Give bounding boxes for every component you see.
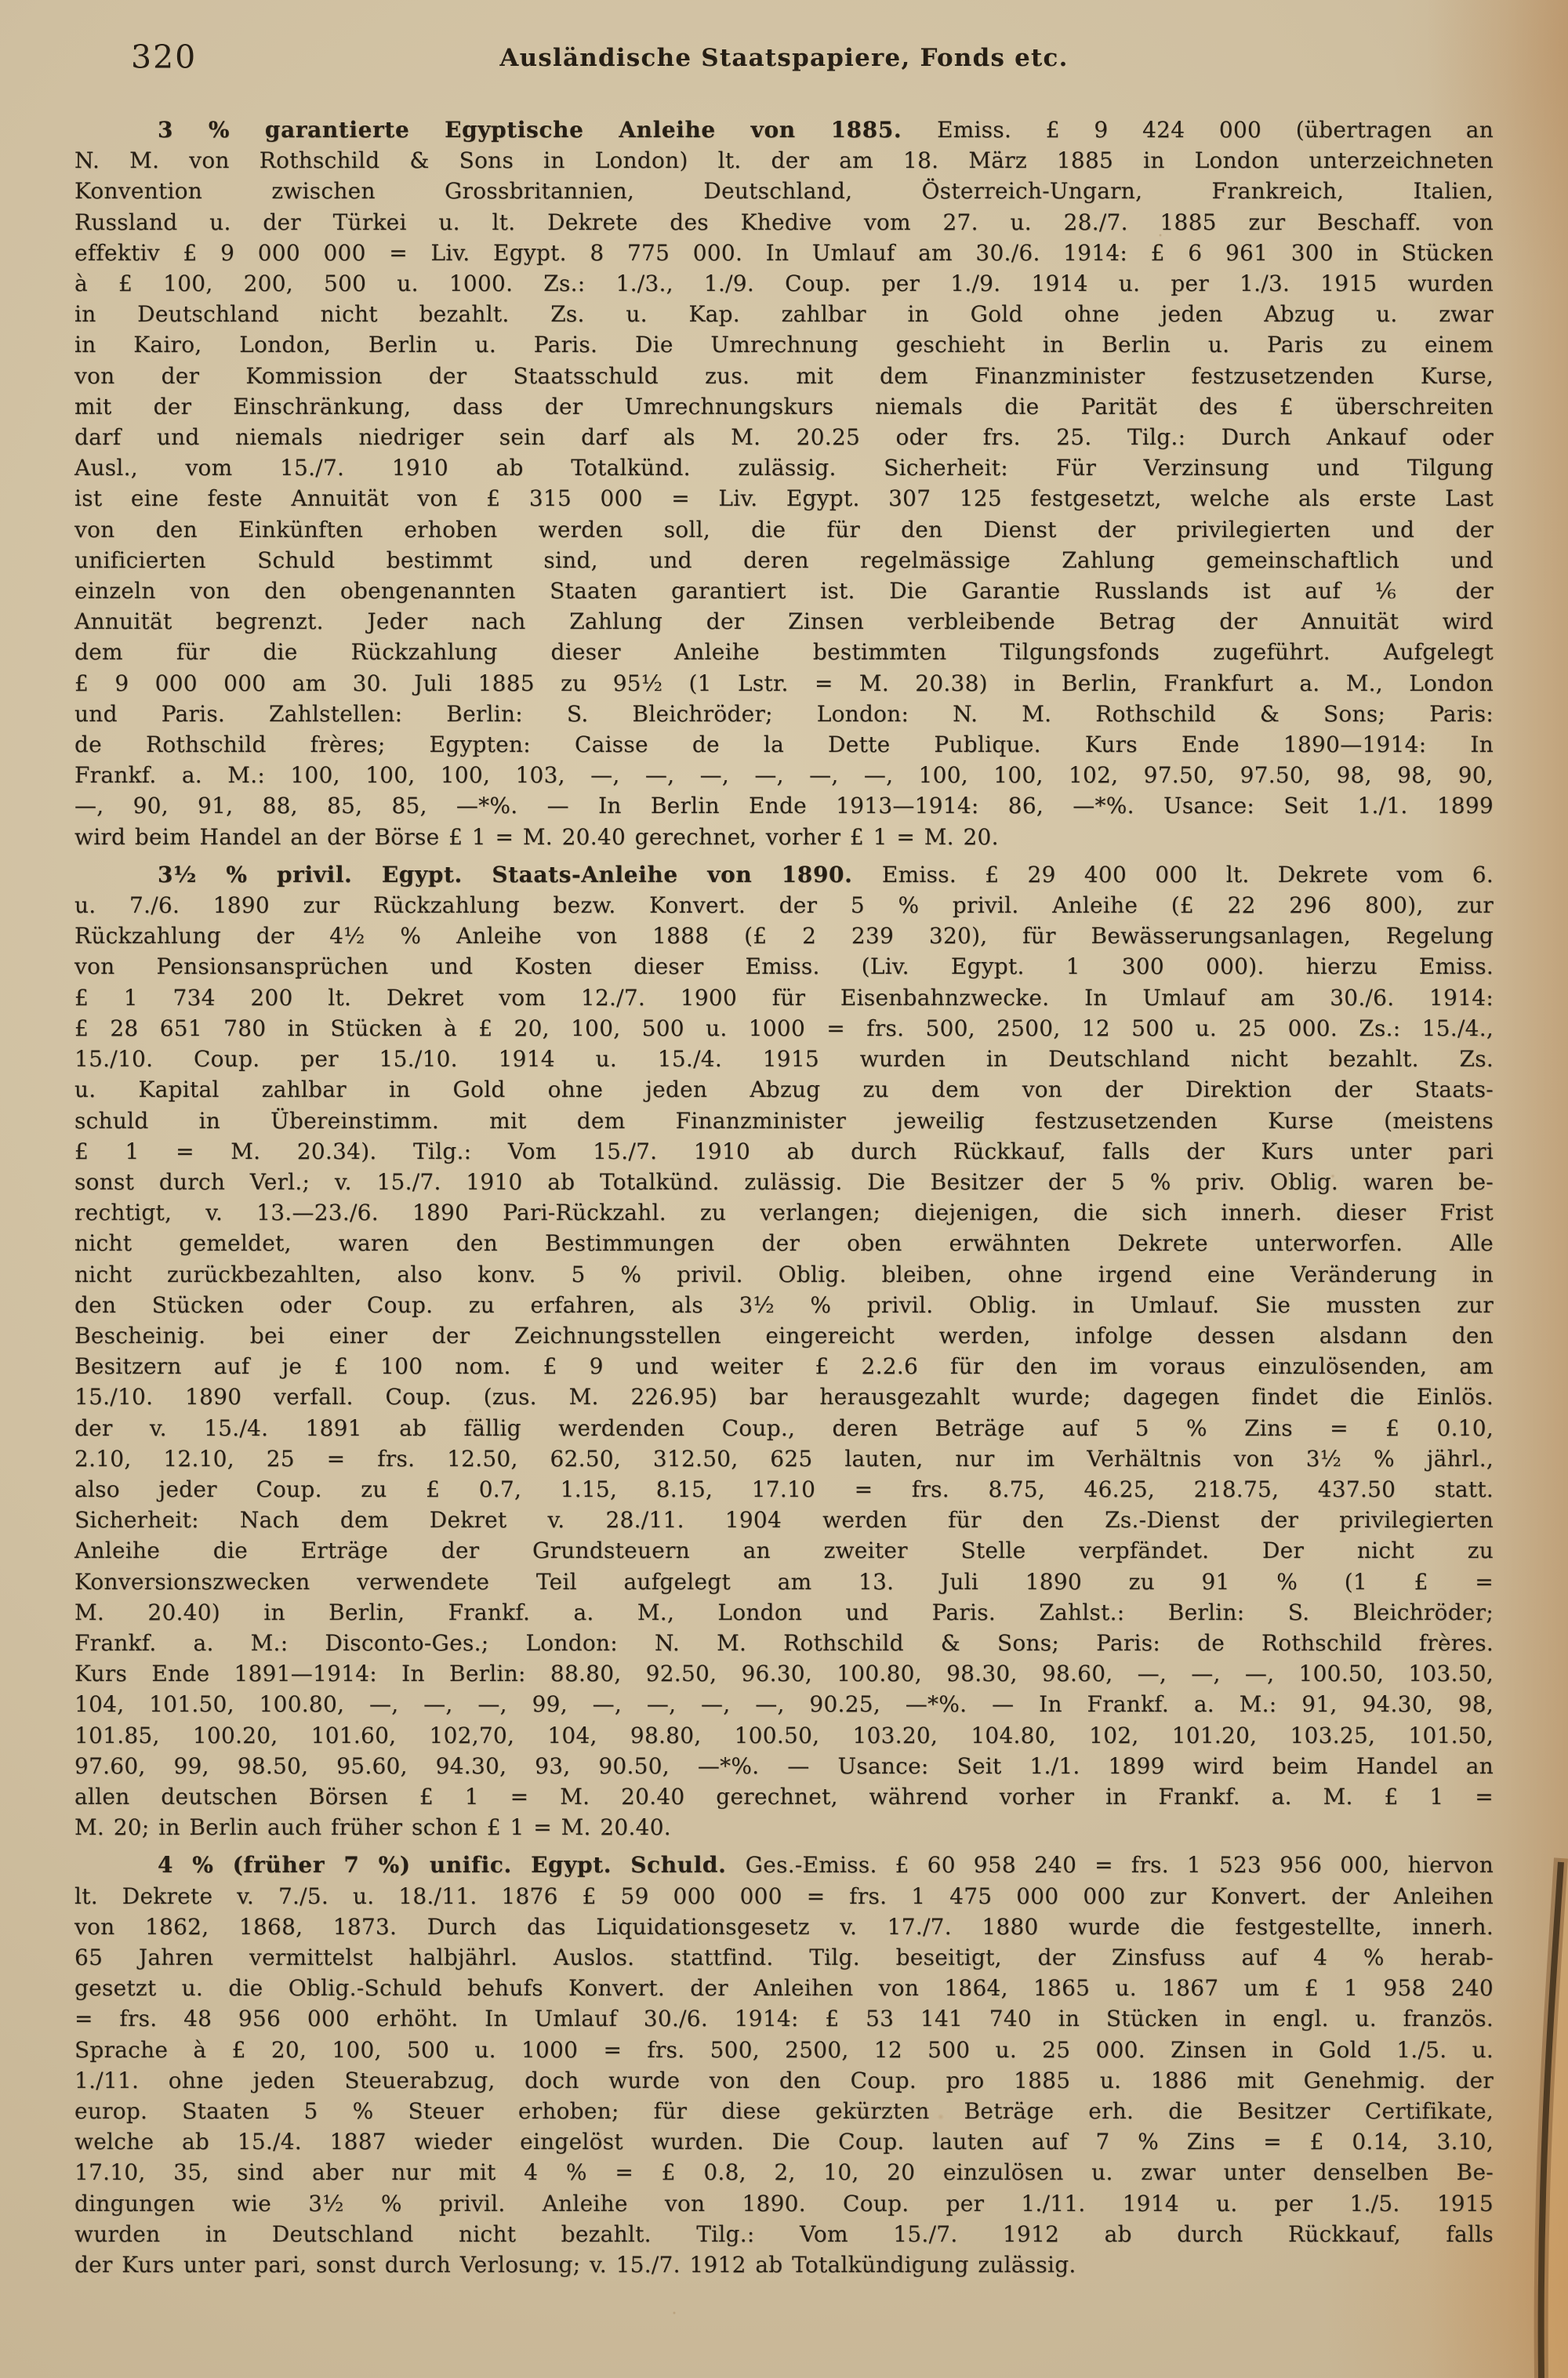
text-line: allen deutschen Börsen £ 1 = M. 20.40 ge… [74, 1781, 1494, 1812]
text-line: Frankf. a. M.: Disconto-Ges.; London: N.… [74, 1628, 1494, 1658]
text-line: unificierten Schuld bestimmt sind, und d… [74, 545, 1494, 575]
paragraph-lead: 4 % (früher 7 %) unific. Egypt. Schuld. [158, 1852, 746, 1878]
text-line: 15./10. Coup. per 15./10. 1914 u. 15./4.… [74, 1044, 1494, 1074]
text-line: sonst durch Verl.; v. 15./7. 1910 ab Tot… [74, 1167, 1494, 1197]
text-line: N. M. von Rothschild & Sons in London) l… [74, 145, 1494, 176]
text-line: Frankf. a. M.: 100, 100, 100, 103, —, —,… [74, 760, 1494, 790]
text-line: 1./11. ohne jeden Steuerabzug, doch wurd… [74, 2065, 1494, 2096]
text-line: lt. Dekrete v. 7./5. u. 18./11. 1876 £ 5… [74, 1881, 1494, 1911]
text-line: nicht zurückbezahlten, also konv. 5 % pr… [74, 1259, 1494, 1290]
text-line: wird beim Handel an der Börse £ 1 = M. 2… [74, 822, 1494, 852]
text-line: schuld in Übereinstimm. mit dem Finanzmi… [74, 1105, 1494, 1136]
paragraph: 4 % (früher 7 %) unific. Egypt. Schuld. … [74, 1850, 1494, 2280]
text-line: 15./10. 1890 verfall. Coup. (zus. M. 226… [74, 1381, 1494, 1412]
text-line: Besitzern auf je £ 100 nom. £ 9 und weit… [74, 1351, 1494, 1381]
text-line: Konversionszwecken verwendete Teil aufge… [74, 1567, 1494, 1597]
text-line: Rückzahlung der 4½ % Anleihe von 1888 (£… [74, 920, 1494, 951]
text-line: wurden in Deutschland nicht bezahlt. Til… [74, 2219, 1494, 2249]
text-line: Anleihe die Erträge der Grundsteuern an … [74, 1535, 1494, 1566]
text-line: mit der Einschränkung, dass der Umrechnu… [74, 391, 1494, 422]
text-line: nicht gemeldet, waren den Bestimmungen d… [74, 1228, 1494, 1258]
text-line: Annuität begrenzt. Jeder nach Zahlung de… [74, 606, 1494, 637]
text-line: £ 28 651 780 in Stücken à £ 20, 100, 500… [74, 1013, 1494, 1044]
text-line: u. Kapital zahlbar in Gold ohne jeden Ab… [74, 1074, 1494, 1105]
page-edge-dark-line [1541, 1862, 1561, 2378]
text-line: M. 20; in Berlin auch früher schon £ 1 =… [74, 1812, 1494, 1842]
text-line: Sprache à £ 20, 100, 500 u. 1000 = frs. … [74, 2035, 1494, 2065]
text-line: 97.60, 99, 98.50, 95.60, 94.30, 93, 90.5… [74, 1751, 1494, 1781]
text-line: de Rothschild frères; Egypten: Caisse de… [74, 729, 1494, 760]
text-line: ist eine feste Annuität von £ 315 000 = … [74, 483, 1494, 514]
text-line: europ. Staaten 5 % Steuer erhoben; für d… [74, 2096, 1494, 2126]
text-line: dem für die Rückzahlung dieser Anleihe b… [74, 637, 1494, 667]
text-line: der v. 15./4. 1891 ab fällig werdenden C… [74, 1413, 1494, 1443]
text-line: Konvention zwischen Grossbritannien, Deu… [74, 176, 1494, 206]
text-line: den Stücken oder Coup. zu erfahren, als … [74, 1290, 1494, 1320]
text-line: 2.10, 12.10, 25 = frs. 12.50, 62.50, 312… [74, 1443, 1494, 1474]
paragraph-lead: 3½ % privil. Egypt. Staats-Anleihe von 1… [158, 862, 882, 888]
text-line: —, 90, 91, 88, 85, 85, —*%. — In Berlin … [74, 790, 1494, 821]
text-line: von der Kommission der Staatsschuld zus.… [74, 361, 1494, 391]
text-line: 65 Jahren vermittelst halbjährl. Auslos.… [74, 1942, 1494, 1973]
text-line: £ 9 000 000 am 30. Juli 1885 zu 95½ (1 L… [74, 668, 1494, 699]
running-header-title: Ausländische Staatspapiere, Fonds etc. [74, 42, 1494, 74]
text-line: welche ab 15./4. 1887 wieder eingelöst w… [74, 2126, 1494, 2157]
text-line: effektiv £ 9 000 000 = Liv. Egypt. 8 775… [74, 238, 1494, 268]
text-line: von Pensionsansprüchen und Kosten dieser… [74, 951, 1494, 982]
text-line: darf und niemals niedriger sein darf als… [74, 422, 1494, 452]
text-line: dingungen wie 3½ % privil. Anleihe von 1… [74, 2188, 1494, 2219]
book-page: 320 Ausländische Staatspapiere, Fonds et… [0, 0, 1568, 2378]
text-line: 17.10, 35, sind aber nur mit 4 % = £ 0.8… [74, 2157, 1494, 2187]
paragraph: 3 % garantierte Egyptische Anleihe von 1… [74, 114, 1494, 852]
text-line: 3 % garantierte Egyptische Anleihe von 1… [74, 114, 1494, 145]
paragraph: 3½ % privil. Egypt. Staats-Anleihe von 1… [74, 859, 1494, 1843]
text-line: u. 7./6. 1890 zur Rückzahlung bezw. Konv… [74, 890, 1494, 920]
text-line: in Kairo, London, Berlin u. Paris. Die U… [74, 329, 1494, 360]
running-head: 320 Ausländische Staatspapiere, Fonds et… [74, 39, 1494, 75]
text-line: £ 1 734 200 lt. Dekret vom 12./7. 1900 f… [74, 982, 1494, 1013]
text-line: 3½ % privil. Egypt. Staats-Anleihe von 1… [74, 859, 1494, 890]
text-line: 4 % (früher 7 %) unific. Egypt. Schuld. … [74, 1850, 1494, 1880]
text-line: 104, 101.50, 100.80, —, —, —, 99, —, —, … [74, 1689, 1494, 1719]
text-line: rechtigt, v. 13.—23./6. 1890 Pari-Rückza… [74, 1197, 1494, 1228]
text-line: Kurs Ende 1891—1914: In Berlin: 88.80, 9… [74, 1658, 1494, 1689]
text-line: Bescheinig. bei einer der Zeichnungsstel… [74, 1320, 1494, 1351]
text-line: einzeln von den obengenannten Staaten ga… [74, 575, 1494, 606]
text-line: der Kurs unter pari, sonst durch Verlosu… [74, 2249, 1494, 2280]
page-edge-soft-line [1541, 1858, 1561, 2378]
text-line: gesetzt u. die Oblig.-Schuld behufs Konv… [74, 1973, 1494, 2003]
text-line: und Paris. Zahlstellen: Berlin: S. Bleic… [74, 699, 1494, 729]
paragraph-lead: 3 % garantierte Egyptische Anleihe von 1… [158, 117, 937, 143]
text-line: also jeder Coup. zu £ 0.7, 1.15, 8.15, 1… [74, 1474, 1494, 1505]
text-line: Russland u. der Türkei u. lt. Dekrete de… [74, 207, 1494, 238]
text-line: = frs. 48 956 000 erhöht. In Umlauf 30./… [74, 2003, 1494, 2034]
text-line: von den Einkünften erhoben werden soll, … [74, 514, 1494, 545]
text-line: £ 1 = M. 20.34). Tilg.: Vom 15./7. 1910 … [74, 1136, 1494, 1167]
body-text: 3 % garantierte Egyptische Anleihe von 1… [74, 114, 1494, 2287]
text-line: 101.85, 100.20, 101.60, 102,70, 104, 98.… [74, 1720, 1494, 1751]
text-line: in Deutschland nicht bezahlt. Zs. u. Kap… [74, 299, 1494, 329]
page-edge-warm-strip [1541, 1858, 1568, 2378]
text-line: von 1862, 1868, 1873. Durch das Liquidat… [74, 1911, 1494, 1942]
text-line: Sicherheit: Nach dem Dekret v. 28./11. 1… [74, 1505, 1494, 1535]
text-line: M. 20.40) in Berlin, Frankf. a. M., Lond… [74, 1597, 1494, 1628]
text-line: Ausl., vom 15./7. 1910 ab Totalkünd. zul… [74, 452, 1494, 483]
text-line: à £ 100, 200, 500 u. 1000. Zs.: 1./3., 1… [74, 268, 1494, 299]
